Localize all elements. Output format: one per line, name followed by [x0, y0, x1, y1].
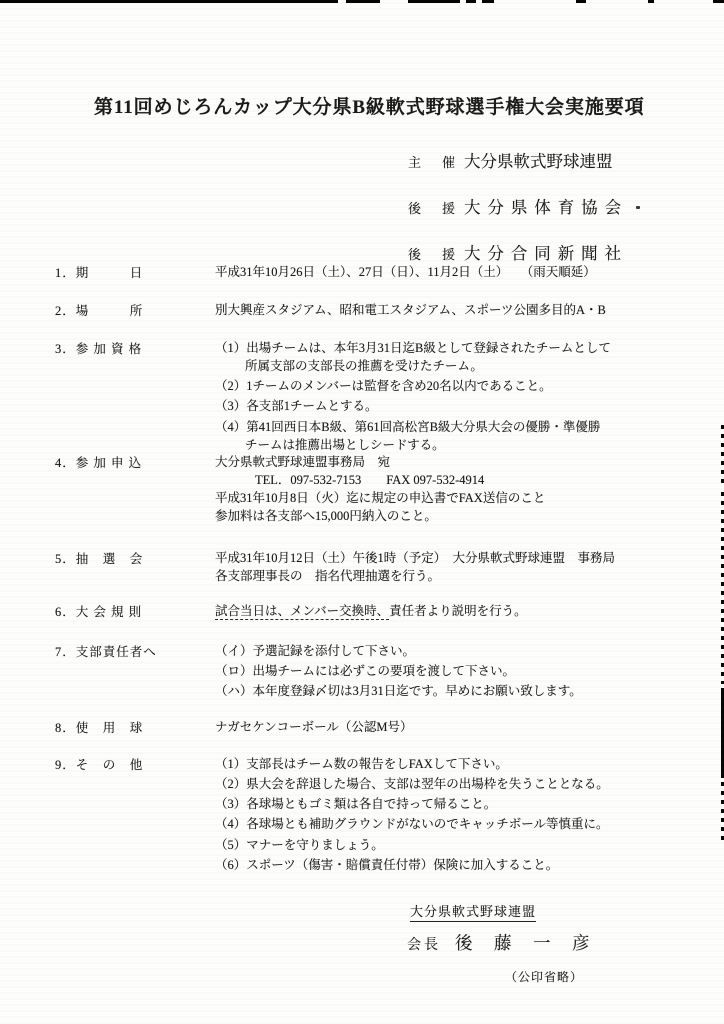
- section-label: 3．参 加 資 格: [55, 339, 215, 456]
- text-line: 各支部理事長の 指名代理抽選を行う。: [215, 567, 700, 585]
- organizer-role: 後 援: [408, 244, 464, 263]
- section-lottery: 5．抽 選 会 平成31年10月12日（土）午後1時（予定） 大分県軟式野球連盟…: [55, 549, 700, 585]
- section-application: 4．参 加 申 込 大分県軟式野球連盟事務局 宛 TEL．097-532-715…: [55, 453, 700, 526]
- list-item: （ロ）出場チームには必ずこの要項を渡して下さい。: [215, 662, 700, 680]
- list-item: （イ）予選記録を添付して下さい。: [215, 642, 700, 660]
- section-label: 8．使 用 球: [55, 718, 215, 736]
- section-label: 1．期 日: [55, 263, 215, 281]
- scan-artifact-top-dash: [713, 0, 724, 3]
- organizer-role: 後 援: [408, 198, 464, 217]
- section-date: 1．期 日 平成31年10月26日（土）、27日（日）、11月2日（土） （雨天…: [55, 263, 700, 281]
- section-other: 9．そ の 他 （1）支部長はチーム数の報告をしFAXして下さい。 （2）県大会…: [55, 755, 700, 876]
- section-content: （1）出場チームは、本年3月31日迄B級として登録されたチームとして 所属支部の…: [215, 339, 700, 456]
- list-item: （4）第41回西日本B級、第61回高松宮B級大分県大会の優勝・準優勝 チームは推…: [215, 418, 700, 454]
- section-content: ナガセケンコーボール（公認M号）: [215, 718, 700, 736]
- list-item: （3）各支部1チームとする。: [215, 397, 700, 415]
- section-ball: 8．使 用 球 ナガセケンコーボール（公認M号）: [55, 718, 700, 736]
- section-content: （イ）予選記録を添付して下さい。 （ロ）出場チームには必ずこの要項を渡して下さい…: [215, 642, 700, 702]
- section-venue: 2．場 所 別大興産スタジアム、昭和電工スタジアム、スポーツ公園多目的A・B: [55, 301, 700, 319]
- scan-artifact-top-dash: [346, 0, 380, 3]
- list-item: （3）各球場ともゴミ類は各自で持って帰ること。: [215, 795, 700, 813]
- section-content: （1）支部長はチーム数の報告をしFAXして下さい。 （2）県大会を辞退した場合、…: [215, 755, 700, 876]
- list-item: （2）県大会を辞退した場合、支部は翌年の出場枠を失うこととなる。: [215, 775, 700, 793]
- document-title: 第11回めじろんカップ大分県B級軟式野球選手権大会実施要項: [94, 92, 645, 119]
- list-item: （1）支部長はチーム数の報告をしFAXして下さい。: [215, 755, 700, 773]
- section-label: 2．場 所: [55, 301, 215, 319]
- scan-artifact-top-dash: [576, 0, 586, 3]
- list-item: （6）スポーツ（傷害・賠償責任付帯）保険に加入すること。: [215, 856, 700, 874]
- footer-organization: 大分県軟式野球連盟: [410, 901, 536, 922]
- scan-artifact-top-dash: [466, 0, 476, 3]
- seal-omitted-note: （公印省略）: [505, 968, 583, 985]
- section-content: 平成31年10月12日（土）午後1時（予定） 大分県軟式野球連盟 事務局 各支部…: [215, 549, 700, 585]
- organizer-name: 大分県軟式野球連盟: [464, 148, 613, 172]
- text-line: 大分県軟式野球連盟事務局 宛: [215, 453, 700, 471]
- section-rules: 6．大 会 規 則 試合当日は、メンバー交換時、責任者より説明を行う。: [55, 602, 700, 620]
- organizer-row-shusai: 主 催 大分県軟式野球連盟: [408, 148, 628, 172]
- underlined-text: 試合当日は、メンバー交換時、: [215, 604, 389, 620]
- section-label: 6．大 会 規 則: [55, 602, 215, 620]
- president-name: 後 藤 一 彦: [455, 930, 592, 955]
- text-line: 平成31年10月8日（火）迄に規定の申込書でFAX送信のこと: [215, 489, 700, 507]
- scanned-document-page: 第11回めじろんカップ大分県B級軟式野球選手権大会実施要項 主 催 大分県軟式野…: [0, 0, 724, 1024]
- section-label: 9．そ の 他: [55, 755, 215, 876]
- organizer-row-koen-2: 後 援 大分合同新聞社: [408, 240, 628, 264]
- section-label: 7．支部責任者へ: [55, 642, 215, 702]
- scan-artifact-top-line: [0, 0, 338, 3]
- section-label: 4．参 加 申 込: [55, 453, 215, 526]
- section-branch-managers: 7．支部責任者へ （イ）予選記録を添付して下さい。 （ロ）出場チームには必ずこの…: [55, 642, 700, 702]
- organizer-role: 主 催: [408, 152, 464, 171]
- section-eligibility: 3．参 加 資 格 （1）出場チームは、本年3月31日迄B級として登録されたチー…: [55, 339, 700, 456]
- list-item: （5）マナーを守りましょう。: [215, 836, 700, 854]
- scan-artifact-top-dash: [482, 0, 494, 3]
- section-label: 5．抽 選 会: [55, 549, 215, 585]
- scan-artifact-top-dash: [408, 0, 460, 3]
- list-item: （ハ）本年度登録〆切は3月31日迄です。早めにお願い致します。: [215, 682, 700, 700]
- text-line: 平成31年10月12日（土）午後1時（予定） 大分県軟式野球連盟 事務局: [215, 549, 700, 567]
- section-content: 試合当日は、メンバー交換時、責任者より説明を行う。: [215, 602, 700, 620]
- text-line: 参加料は各支部へ15,000円納入のこと。: [215, 507, 700, 525]
- list-item: （2）1チームのメンバーは監督を含め20名以内であること。: [215, 377, 700, 395]
- contact-line: TEL．097-532-7153 FAX 097-532-4914: [215, 471, 700, 489]
- section-content: 大分県軟式野球連盟事務局 宛 TEL．097-532-7153 FAX 097-…: [215, 453, 700, 526]
- section-content: 平成31年10月26日（土）、27日（日）、11月2日（土） （雨天順延）: [215, 263, 700, 281]
- scan-speck: [636, 206, 640, 209]
- list-item: （4）各球場とも補助グラウンドがないのでキャッチボール等慎重に。: [215, 815, 700, 833]
- organizer-name: 大分合同新聞社: [464, 240, 628, 264]
- president-role: 会長: [407, 934, 441, 954]
- organizer-name: 大分県体育協会: [464, 194, 628, 218]
- footer-president: 会長 後 藤 一 彦: [407, 930, 592, 955]
- section-content: 別大興産スタジアム、昭和電工スタジアム、スポーツ公園多目的A・B: [215, 301, 700, 319]
- text-line: 責任者より説明を行う。: [389, 604, 527, 618]
- scan-artifact-top-dash: [648, 0, 654, 3]
- list-item: （1）出場チームは、本年3月31日迄B級として登録されたチームとして 所属支部の…: [215, 339, 700, 375]
- organizer-row-koen-1: 後 援 大分県体育協会: [408, 194, 628, 218]
